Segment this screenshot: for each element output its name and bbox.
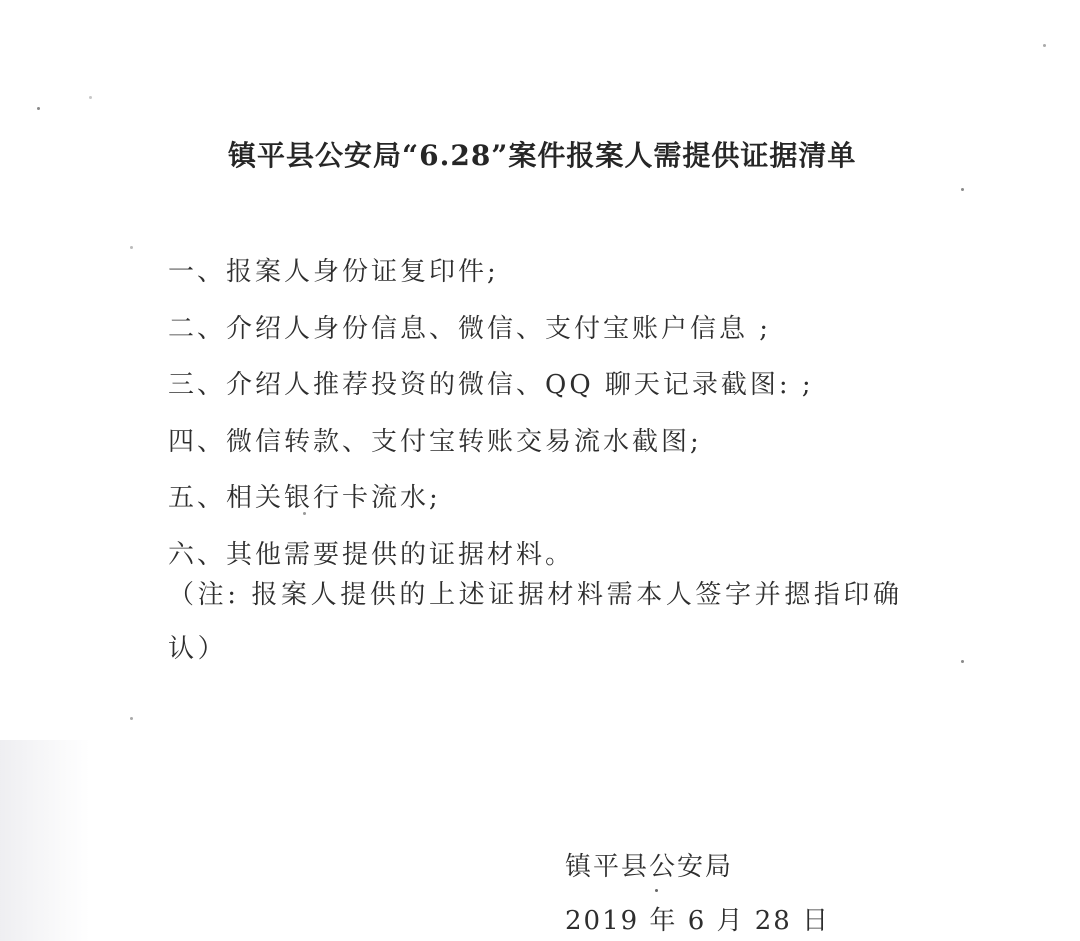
- document-note: （注: 报案人提供的上述证据材料需本人签字并摁指印确认）: [168, 568, 908, 676]
- evidence-item-1: 一、报案人身份证复印件;: [168, 244, 814, 301]
- issue-date: 2019 年 6 月 28 日: [565, 894, 830, 941]
- scan-speck: [1043, 44, 1046, 47]
- scan-speck: [37, 107, 40, 110]
- evidence-item-4: 四、微信转款、支付宝转账交易流水截图;: [168, 414, 814, 471]
- document-title: 镇平县公安局“6.28”案件报案人需提供证据清单: [228, 134, 856, 174]
- scan-speck: [130, 717, 133, 720]
- scan-speck: [130, 246, 133, 249]
- scan-shadow: [0, 740, 90, 941]
- scan-speck: [961, 188, 964, 191]
- evidence-item-2: 二、介绍人身份信息、微信、支付宝账户信息 ;: [168, 301, 814, 358]
- scan-speck: [89, 96, 92, 99]
- signature-block: 镇平县公安局 2019 年 6 月 28 日: [565, 840, 830, 941]
- evidence-item-3: 三、介绍人推荐投资的微信、QQ 聊天记录截图: ;: [168, 357, 814, 414]
- scan-speck: [961, 660, 964, 663]
- evidence-list: 一、报案人身份证复印件; 二、介绍人身份信息、微信、支付宝账户信息 ; 三、介绍…: [168, 244, 814, 583]
- issuer-name: 镇平县公安局: [565, 840, 830, 894]
- evidence-item-5: 五、相关银行卡流水;: [168, 470, 814, 527]
